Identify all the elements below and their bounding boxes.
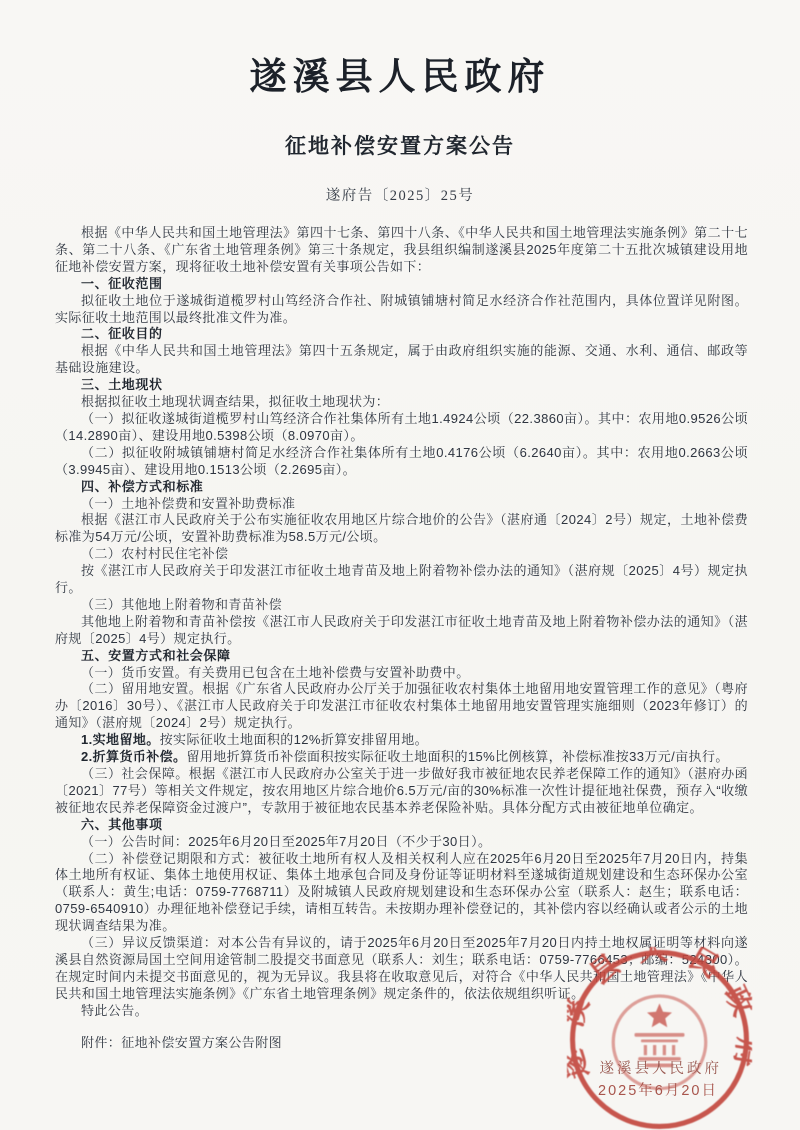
paragraph-text: 按《湛江市人民政府关于印发湛江市征收土地青苗及地上附着物补偿办法的通知》（湛府规… [55,563,748,595]
paragraph: 按《湛江市人民政府关于印发湛江市征收土地青苗及地上附着物补偿办法的通知》（湛府规… [55,563,748,597]
section-heading: 一、征收范围 [55,276,748,293]
paragraph: （三）其他地上附着物和青苗补偿 [55,597,748,614]
paragraph-lead: （二）补偿登记期限和方式： [81,851,258,866]
paragraph-text: 拟征收土地位于遂城街道榄罗村山笃经济合作社、附城镇铺塘村简足水经济合作社范围内，… [55,293,748,325]
paragraph-text: （一）土地补偿费和安置补助费标准 [81,496,295,511]
signature-name: 遂溪县人民政府 [600,1057,723,1078]
paragraph: （二）补偿登记期限和方式：被征收土地所有权人及相关权利人应在2025年6月20日… [55,851,748,936]
section-heading: 五、安置方式和社会保障 [55,648,748,665]
document-number: 遂府告〔2025〕25号 [0,184,800,205]
section-heading: 六、其他事项 [55,817,748,834]
section-heading: 三、土地现状 [55,377,748,394]
paragraph-lead: （三）社会保障。 [81,766,189,781]
paragraph: （三）异议反馈渠道：对本公告有异议的，请于2025年6月20日至2025年7月2… [55,935,748,1003]
paragraph-text: 根据《中华人民共和国土地管理法》第四十五条规定，属于由政府组织实施的能源、交通、… [55,343,748,375]
paragraph-text: （二）拟征收附城镇铺塘村简足水经济合作社集体所有土地0.4176公顷（6.264… [55,445,748,477]
paragraph: 根据《中华人民共和国土地管理法》第四十五条规定，属于由政府组织实施的能源、交通、… [55,343,748,377]
paragraph-text: 有关费用已包含在土地补偿费与安置补助费中。 [188,665,469,680]
paragraph-lead: 2.折算货币补偿。 [81,749,186,764]
document-title: 遂溪县人民政府 [0,0,800,100]
paragraph: （三）社会保障。根据《湛江市人民政府办公室关于进一步做好我市被征地农民养老保障工… [55,766,748,817]
paragraph-text: 根据《湛江市人民政府关于公布实施征收农用地区片综合地价的公告》（湛府通〔2024… [55,512,748,544]
paragraph: 拟征收土地位于遂城街道榄罗村山笃经济合作社、附城镇铺塘村简足水经济合作社范围内，… [55,293,748,327]
paragraph: （一）公告时间：2025年6月20日至2025年7月20日（不少于30日）。 [55,834,748,851]
paragraph-text: 五、安置方式和社会保障 [81,648,231,663]
paragraph-text: 根据《中华人民共和国土地管理法》第四十七条、第四十八条、《中华人民共和国土地管理… [55,225,748,274]
paragraph-lead: （一）货币安置。 [81,665,188,680]
paragraph-lead: 1.实地留地。 [81,732,160,747]
paragraph: 其他地上附着物和青苗补偿按《湛江市人民政府关于印发湛江市征收土地青苗及地上附着物… [55,614,748,648]
paragraph: （一）拟征收遂城街道榄罗村山笃经济合作社集体所有土地1.4924公顷（22.38… [55,411,748,445]
paragraph: 2.折算货币补偿。留用地折算货币补偿面积按实际征收土地面积的15%比例核算，补偿… [55,749,748,766]
paragraph-text: 四、补偿方式和标准 [81,479,203,494]
paragraph-text: 一、征收范围 [81,276,163,291]
document-page: 遂溪县人民政府 征地补偿安置方案公告 遂府告〔2025〕25号 根据《中华人民共… [0,0,800,1130]
paragraph-text: 2025年6月20日至2025年7月20日（不少于30日）。 [188,834,491,849]
paragraph-lead: （一）公告时间： [81,834,188,849]
paragraph-text: 二、征收目的 [81,326,163,341]
signature-date: 2025年6月20日 [598,1079,718,1100]
document-body: 根据《中华人民共和国土地管理法》第四十七条、第四十八条、《中华人民共和国土地管理… [55,225,748,1052]
paragraph: 根据拟征收土地现状调查结果，拟征收土地现状为： [55,394,748,411]
paragraph-lead: （二）留用地安置。 [81,681,202,696]
paragraph: （二）留用地安置。根据《广东省人民政府办公厅关于加强征收农村集体土地留用地安置管… [55,681,748,732]
paragraph-text: 三、土地现状 [81,377,163,392]
document-subtitle: 征地补偿安置方案公告 [0,130,800,160]
paragraph: （一）货币安置。有关费用已包含在土地补偿费与安置补助费中。 [55,665,748,682]
paragraph-text: （二）农村村民住宅补偿 [81,546,228,561]
paragraph-text: 其他地上附着物和青苗补偿按《湛江市人民政府关于印发湛江市征收土地青苗及地上附着物… [55,614,748,646]
paragraph-text: （三）其他地上附着物和青苗补偿 [81,597,282,612]
section-heading: 四、补偿方式和标准 [55,479,748,496]
paragraph: （二）农村村民住宅补偿 [55,546,748,563]
paragraph: 特此公告。 [55,1003,748,1020]
paragraph: （一）土地补偿费和安置补助费标准 [55,496,748,513]
paragraph: 根据《中华人民共和国土地管理法》第四十七条、第四十八条、《中华人民共和国土地管理… [55,225,748,276]
paragraph-text: 六、其他事项 [81,817,163,832]
paragraph: 1.实地留地。按实际征收土地面积的12%折算安排留用地。 [55,732,748,749]
paragraph-text: 留用地折算货币补偿面积按实际征收土地面积的15%比例核算，补偿标准按33万元/亩… [186,749,728,764]
paragraph: 附件：征地补偿安置方案公告附图 [55,1035,748,1052]
paragraph-lead: （三）异议反馈渠道： [81,935,217,950]
paragraph: 根据《湛江市人民政府关于公布实施征收农用地区片综合地价的公告》（湛府通〔2024… [55,512,748,546]
paragraph-text: 按实际征收土地面积的12%折算安排留用地。 [160,732,428,747]
paragraph-text: 附件：征地补偿安置方案公告附图 [81,1035,282,1050]
paragraph-text: 特此公告。 [81,1003,148,1018]
paragraph-text: （一）拟征收遂城街道榄罗村山笃经济合作社集体所有土地1.4924公顷（22.38… [55,411,748,443]
paragraph: （二）拟征收附城镇铺塘村简足水经济合作社集体所有土地0.4176公顷（6.264… [55,445,748,479]
paragraph-text: 根据拟征收土地现状调查结果，拟征收土地现状为： [81,394,389,409]
section-heading: 二、征收目的 [55,326,748,343]
